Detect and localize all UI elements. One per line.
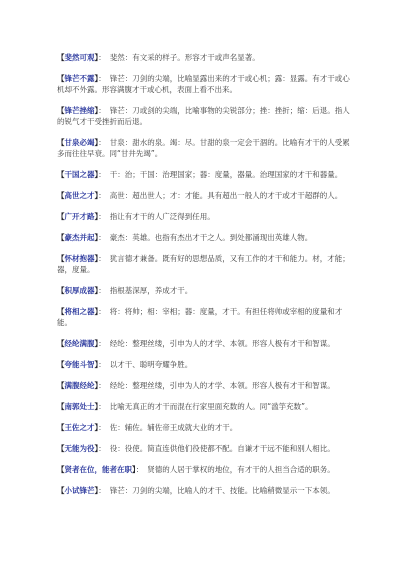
idiom-definition: 豪杰：英雄。也指有杰出才干之人。到处都涌现出英雄人物。 <box>110 233 313 242</box>
document-page: 【斐然可观】：斐然：有文采的样子。形容才干或声名显著。 【锋芒不露】：锋芒：刀剑… <box>0 0 400 566</box>
idiom-term-link[interactable]: 锋芒不露 <box>65 74 95 83</box>
idiom-definition: 指根基深厚，养成才干。 <box>110 286 193 295</box>
idiom-term-link[interactable]: 夸能斗智 <box>65 360 95 369</box>
bracket-open: 【 <box>57 106 65 115</box>
term-separator: ： <box>98 360 106 369</box>
term-separator: ： <box>98 53 106 62</box>
idiom-entry: 【锋芒不露】：锋芒：刀剑的尖端，比喻显露出来的才干或心机；露：显露。有才干或心机… <box>57 73 350 95</box>
bracket-open: 【 <box>57 53 65 62</box>
bracket-open: 【 <box>57 254 65 263</box>
idiom-definition: 贤德的人居于掌权的地位，有才干的人担当合适的职务。 <box>147 465 335 474</box>
idiom-entry: 【甘泉必竭】：甘泉：甜水的泉。竭：尽。甘甜的泉一定会干涸的。比喻有才干的人受累多… <box>57 137 350 159</box>
idiom-entry: 【小试锋芒】：锋芒：刀剑的尖端，比喻人的才干、技能。比喻稍微显示一下本领。 <box>57 485 350 496</box>
idiom-term-link[interactable]: 满腹经纶 <box>65 381 95 390</box>
idiom-entry: 【夸能斗智】：以才干、聪明夸耀争胜。 <box>57 359 350 370</box>
idiom-entry: 【贤者在位，能者在职】：贤德的人居于掌权的地位，有才干的人担当合适的职务。 <box>57 464 350 475</box>
idiom-definition-list: 【斐然可观】：斐然：有文采的样子。形容才干或声名显著。 【锋芒不露】：锋芒：刀剑… <box>57 52 350 496</box>
bracket-open: 【 <box>57 423 65 432</box>
idiom-entry: 【斐然可观】：斐然：有文采的样子。形容才干或声名显著。 <box>57 52 350 63</box>
idiom-term-link[interactable]: 无能为役 <box>65 444 95 453</box>
term-separator: ： <box>98 138 106 147</box>
idiom-term-link[interactable]: 王佐之才 <box>65 423 95 432</box>
idiom-term-link[interactable]: 贤者在位，能者在职 <box>65 465 133 474</box>
term-separator: ： <box>98 106 106 115</box>
term-separator: ： <box>98 486 106 495</box>
bracket-open: 【 <box>57 402 65 411</box>
term-separator: ： <box>98 402 106 411</box>
term-separator: ： <box>98 444 106 453</box>
idiom-entry: 【经纶满腹】：经纶：整理丝缕，引申为人的才学、本领。形容人极有才干和智谋。 <box>57 338 350 349</box>
idiom-definition: 高世：超出世人；才：才能。具有超出一般人的才干或才干超群的人。 <box>110 191 343 200</box>
term-separator: ： <box>98 339 106 348</box>
idiom-entry: 【王佐之才】：佐：辅佐。辅佐帝王成就大业的才干。 <box>57 422 350 433</box>
idiom-term-link[interactable]: 高世之才 <box>65 191 95 200</box>
term-separator: ： <box>98 307 106 316</box>
bracket-open: 【 <box>57 74 65 83</box>
idiom-entry: 【无能为役】：役：役使。简直连供他们役使都不配。自谦才干远不能和别人相比。 <box>57 443 350 454</box>
bracket-open: 【 <box>57 212 65 221</box>
idiom-entry: 【高世之才】：高世：超出世人；才：才能。具有超出一般人的才干或才干超群的人。 <box>57 190 350 201</box>
idiom-definition: 比喻无真正的才干而混在行家里面充数的人。同“滥竽充数”。 <box>110 402 313 411</box>
idiom-definition: 指让有才干的人广泛得到任用。 <box>110 212 215 221</box>
idiom-term-link[interactable]: 干国之器 <box>65 170 95 179</box>
idiom-definition: 经纶：整理丝缕，引申为人的才学、本领。形容人极有才干和智谋。 <box>110 381 335 390</box>
bracket-open: 【 <box>57 339 65 348</box>
idiom-definition: 斐然：有文采的样子。形容才干或声名显著。 <box>110 53 260 62</box>
idiom-entry: 【干国之器】：干：治；干国：治理国家；器：度量，器量。治理国家的才干和器量。 <box>57 169 350 180</box>
idiom-term-link[interactable]: 斐然可观 <box>65 53 95 62</box>
idiom-definition: 经纶：整理丝缕，引申为人的才学、本领。形容人极有才干和智谋。 <box>110 339 335 348</box>
idiom-definition: 役：役使。简直连供他们役使都不配。自谦才干远不能和别人相比。 <box>110 444 335 453</box>
bracket-open: 【 <box>57 138 65 147</box>
term-separator: ： <box>98 191 106 200</box>
term-separator: ： <box>98 381 106 390</box>
idiom-entry: 【满腹经纶】：经纶：整理丝缕，引申为人的才学、本领。形容人极有才干和智谋。 <box>57 380 350 391</box>
bracket-open: 【 <box>57 307 65 316</box>
idiom-term-link[interactable]: 怀材抱器 <box>65 254 95 263</box>
idiom-term-link[interactable]: 南郭处士 <box>65 402 95 411</box>
term-separator: ： <box>98 212 106 221</box>
term-separator: ： <box>98 170 106 179</box>
idiom-term-link[interactable]: 豪杰并起 <box>65 233 95 242</box>
idiom-definition: 锋芒：刀剑的尖端，比喻人的才干、技能。比喻稍微显示一下本领。 <box>110 486 335 495</box>
bracket-open: 【 <box>57 381 65 390</box>
idiom-term-link[interactable]: 积厚成器 <box>65 286 95 295</box>
idiom-term-link[interactable]: 小试锋芒 <box>65 486 95 495</box>
idiom-entry: 【将相之器】：将：将帅；相：宰相；器：度量，才干。有担任将帅或宰相的度量和才能。 <box>57 306 350 328</box>
term-separator: ： <box>98 254 106 263</box>
idiom-definition: 干：治；干国：治理国家；器：度量，器量。治理国家的才干和器量。 <box>110 170 343 179</box>
idiom-entry: 【广开才路】：指让有才干的人广泛得到任用。 <box>57 211 350 222</box>
idiom-entry: 【积厚成器】：指根基深厚，养成才干。 <box>57 285 350 296</box>
bracket-open: 【 <box>57 170 65 179</box>
idiom-definition: 以才干、聪明夸耀争胜。 <box>110 360 193 369</box>
bracket-open: 【 <box>57 233 65 242</box>
idiom-entry: 【豪杰并起】：豪杰：英雄。也指有杰出才干之人。到处都涌现出英雄人物。 <box>57 232 350 243</box>
idiom-term-link[interactable]: 锋芒挫缩 <box>65 106 95 115</box>
idiom-term-link[interactable]: 经纶满腹 <box>65 339 95 348</box>
idiom-term-link[interactable]: 广开才路 <box>65 212 95 221</box>
bracket-open: 【 <box>57 360 65 369</box>
bracket-open: 【 <box>57 444 65 453</box>
bracket-open: 【 <box>57 486 65 495</box>
idiom-entry: 【南郭处士】：比喻无真正的才干而混在行家里面充数的人。同“滥竽充数”。 <box>57 401 350 412</box>
bracket-open: 【 <box>57 286 65 295</box>
term-separator: ： <box>98 74 106 83</box>
idiom-definition: 佐：辅佐。辅佐帝王成就大业的才干。 <box>110 423 238 432</box>
idiom-term-link[interactable]: 甘泉必竭 <box>65 138 95 147</box>
bracket-open: 【 <box>57 465 65 474</box>
idiom-term-link[interactable]: 将相之器 <box>65 307 95 316</box>
bracket-open: 【 <box>57 191 65 200</box>
term-separator: ： <box>98 233 106 242</box>
idiom-entry: 【怀材抱器】：犹言德才兼备。既有好的思想品质，又有工作的才干和能力。材，才能；器… <box>57 253 350 275</box>
term-separator: ： <box>98 286 106 295</box>
term-separator: ： <box>98 423 106 432</box>
idiom-entry: 【锋芒挫缩】：锋芒：刀或剑的尖端，比喻事物的尖锐部分；挫：挫折；缩：后退。指人的… <box>57 105 350 127</box>
term-separator: ： <box>136 465 144 474</box>
